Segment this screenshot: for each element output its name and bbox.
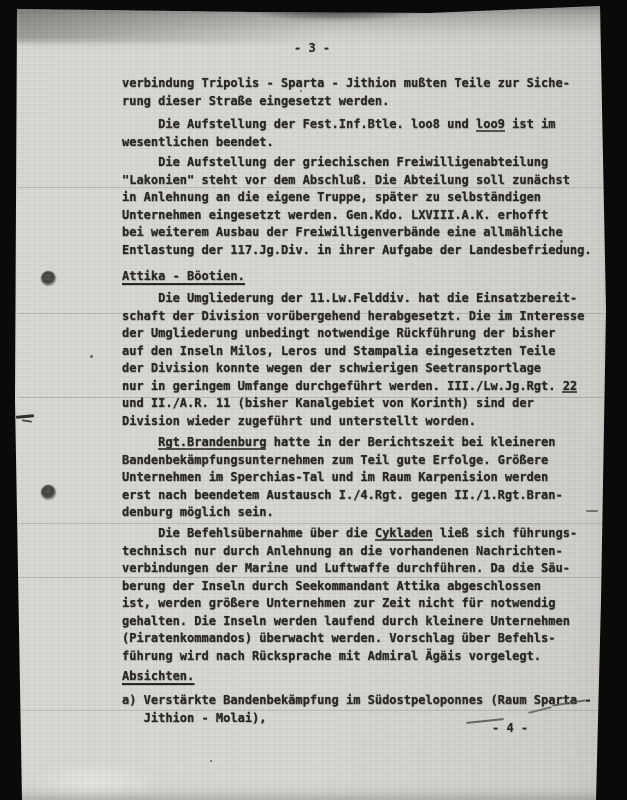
scan-streak	[18, 523, 603, 524]
paragraph-fest-inf-btle: Die Aufstellung der Fest.Inf.Btle. loo8 …	[122, 116, 555, 151]
punch-hole	[41, 271, 56, 286]
margin-dash	[586, 510, 598, 512]
paper-light-patch	[30, 762, 160, 800]
underline-rgt-brandenburg	[158, 448, 266, 450]
margin-mark	[16, 414, 34, 419]
top-smudge-left	[15, 6, 445, 42]
page-number-bottom: - 4 -	[492, 721, 528, 735]
paper-speck	[90, 355, 93, 358]
scanned-page: - 3 - verbindung Tripolis - Sparta - Jit…	[0, 0, 627, 800]
paper-speck	[560, 240, 563, 243]
top-ink-blob	[238, 0, 433, 20]
paragraph-umgliederung: Die Umgliederung der 11.Lw.Felddiv. hat …	[122, 290, 584, 430]
page-number-top: - 3 -	[294, 41, 330, 55]
margin-mark	[22, 419, 32, 422]
underline-cykladen	[375, 539, 433, 541]
paragraph-lakonien: Die Aufstellung der griechischen Freiwil…	[122, 154, 592, 259]
underline-22	[562, 391, 577, 393]
paragraph-cykladen: Die Befehlsübernahme über die Cykladen l…	[122, 525, 577, 665]
underline-loo9	[476, 130, 505, 132]
paper-speck	[210, 760, 212, 762]
paper-sheet: - 3 - verbindung Tripolis - Sparta - Jit…	[0, 0, 627, 800]
heading-absichten: Absichten.	[122, 668, 194, 686]
heading-attika-boeotien: Attika - Böotien.	[122, 268, 245, 286]
paragraph-road-security: verbindung Tripolis - Sparta - Jithion m…	[122, 75, 570, 110]
punch-hole	[41, 485, 56, 500]
paper-speck	[300, 90, 302, 92]
